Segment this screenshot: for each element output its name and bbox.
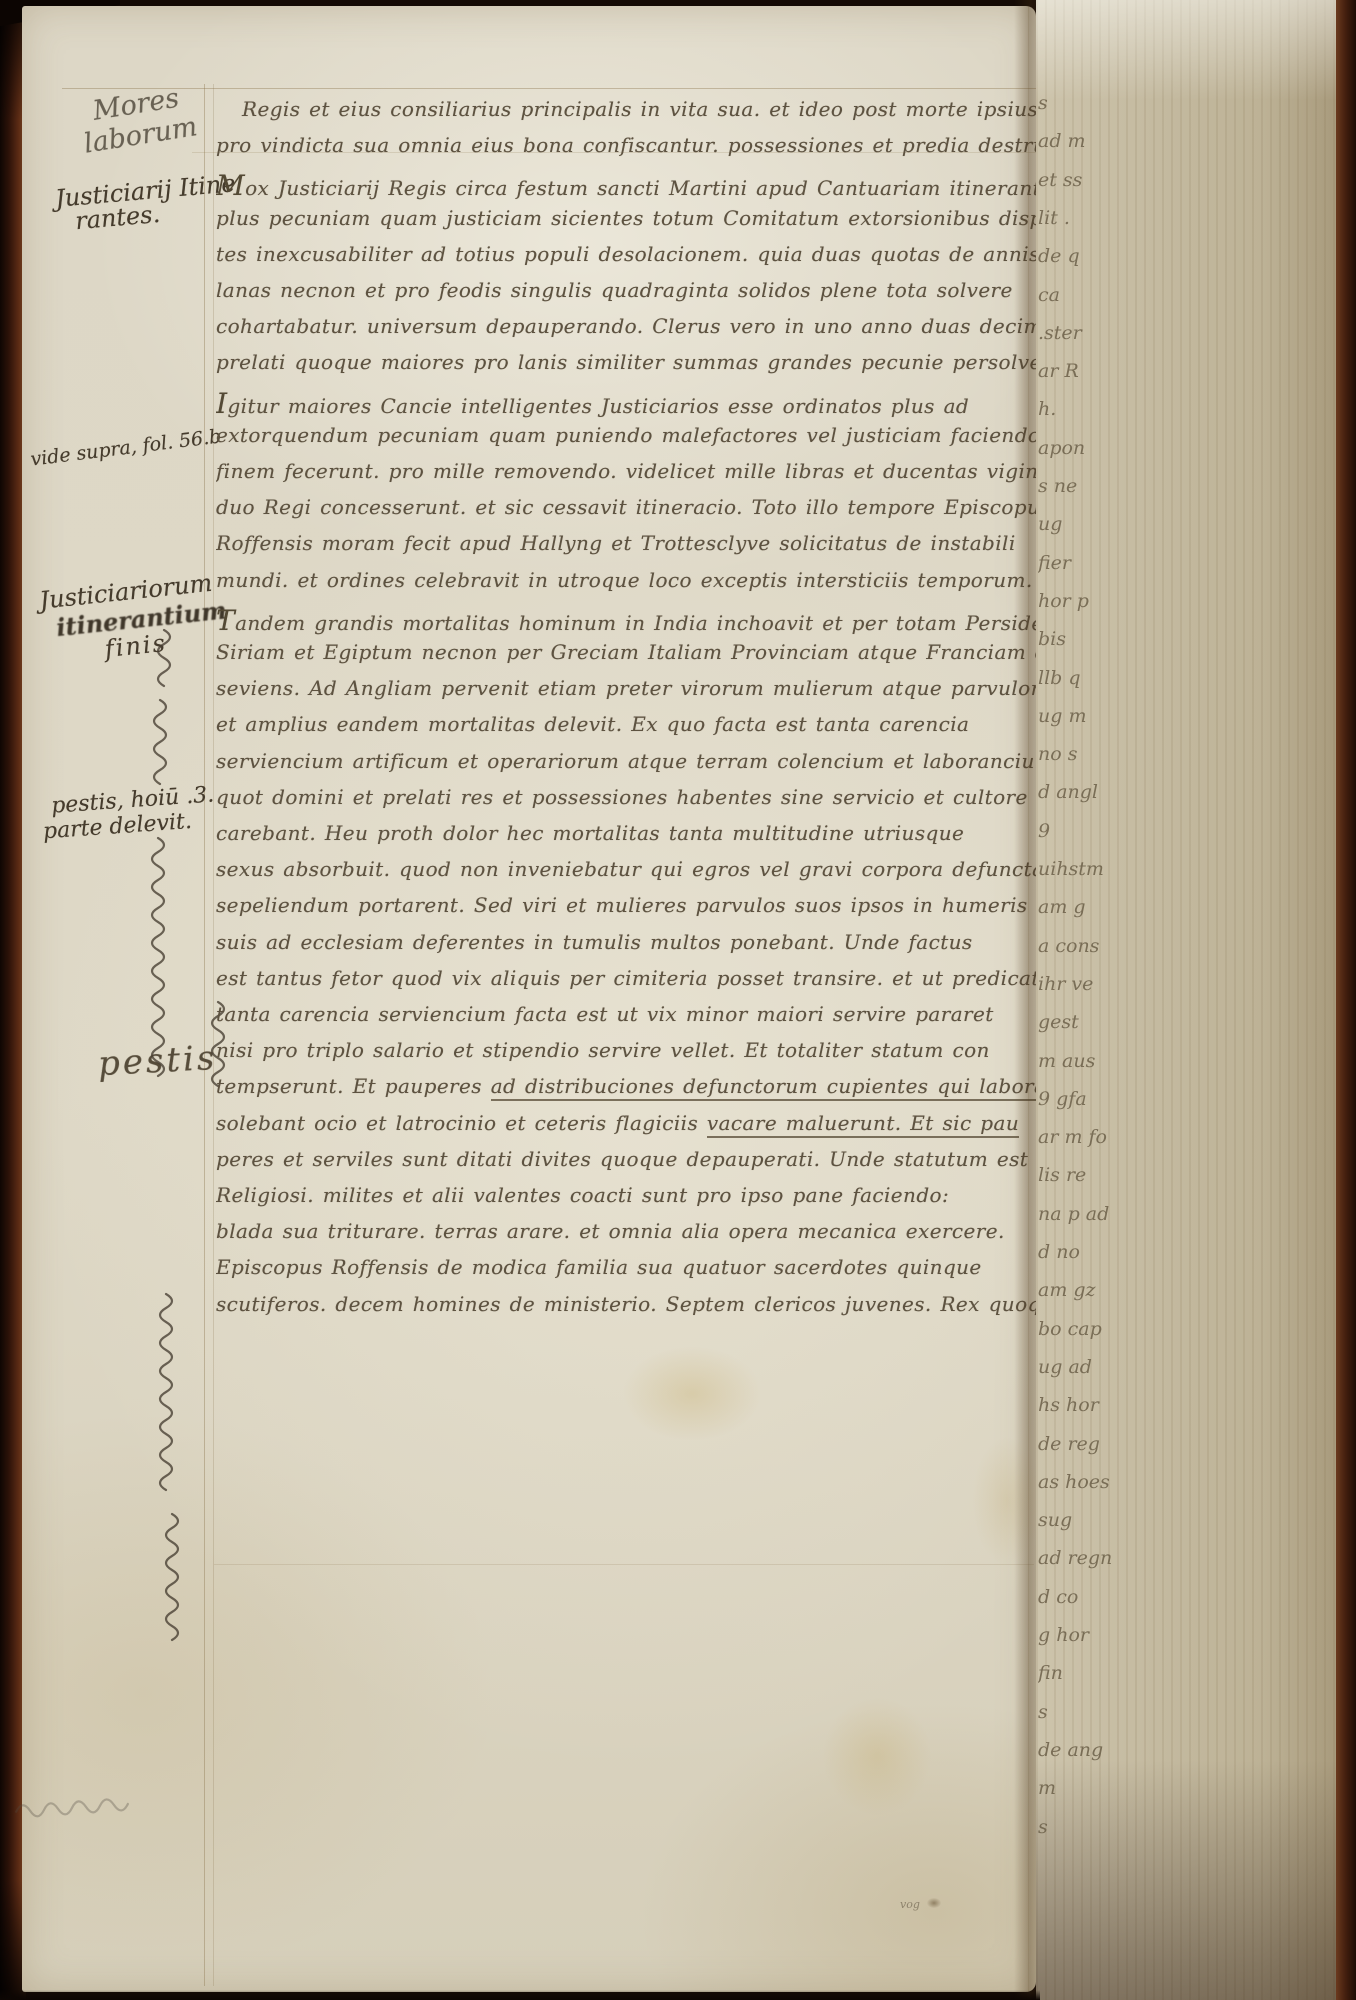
edge-text-fragment: lit . (1038, 207, 1118, 239)
margin-squiggle (146, 836, 170, 1088)
edge-text-fragment: ug (1038, 513, 1118, 545)
edge-text-fragment: g hor (1038, 1624, 1118, 1656)
edge-text-fragment: na p ad (1038, 1203, 1118, 1235)
edge-text-fragment: llb q (1038, 667, 1118, 699)
edge-text-fragment: ca (1038, 284, 1118, 316)
manuscript-text-line: Siriam et Egiptum necnon per Greciam Ita… (216, 640, 1036, 674)
edge-text-fragment: et ss (1038, 169, 1118, 201)
manuscript-text-line: carebant. Heu proth dolor hec mortalitas… (216, 821, 1036, 855)
edge-text-fragment: fin (1038, 1662, 1118, 1694)
edge-text-fragment: bo cap (1038, 1318, 1118, 1350)
edge-text-fragment: s (1038, 1816, 1118, 1848)
edge-text-fragment: m aus (1038, 1050, 1118, 1082)
edge-text-fragment: lis re (1038, 1164, 1118, 1196)
manuscript-text-line: lanas necnon et pro feodis singulis quad… (216, 278, 1036, 312)
edge-text-fragment: ar R (1038, 360, 1118, 392)
edge-text-fragment: 9 (1038, 820, 1118, 852)
manuscript-text-line: pro vindicta sua omnia eius bona confisc… (216, 133, 1036, 167)
manuscript-text-line: Tandem grandis mortalitas hominum in Ind… (216, 604, 1036, 638)
edge-text-fragment: ihr ve (1038, 973, 1118, 1005)
manuscript-text-line: plus pecuniam quam justiciam sicientes t… (216, 206, 1036, 240)
manuscript-text-line: tempserunt. Et pauperes ad distribucione… (216, 1074, 1036, 1108)
edge-text-fragment: s ne (1038, 475, 1118, 507)
edge-text-fragment: de reg (1038, 1433, 1118, 1465)
ruled-line-lower (214, 1564, 1034, 1565)
margin-squiggle (152, 628, 176, 690)
manuscript-photo: Mores laborum Justiciarij Itine rantes. … (0, 0, 1356, 2000)
edge-text-fragment: ug m (1038, 705, 1118, 737)
manuscript-text-line: est tantus fetor quod vix aliquis per ci… (216, 966, 1036, 1000)
facing-page-edge: sad met sslit .de qca.sterar Rh.apons ne… (1036, 0, 1338, 2000)
edge-text-fragment: de ang (1038, 1739, 1118, 1771)
edge-text-fragment: d angl (1038, 781, 1118, 813)
corner-mark: vog (900, 1898, 920, 1911)
manuscript-text-line: Igitur maiores Cancie intelligentes Just… (216, 387, 1036, 421)
manuscript-text-line: Religiosi. milites et alii valentes coac… (216, 1183, 1036, 1217)
manuscript-text-line: cohartabatur. universum depauperando. Cl… (216, 314, 1036, 348)
edge-text-fragment: .ster (1038, 322, 1118, 354)
facing-page-text-fragments: sad met sslit .de qca.sterar Rh.apons ne… (1038, 0, 1120, 2000)
manuscript-text-line: seviens. Ad Angliam pervenit etiam prete… (216, 676, 1036, 710)
edge-text-fragment: m (1038, 1777, 1118, 1809)
ruled-line-left-outer (204, 84, 205, 1986)
book-cover-edge-right (1336, 0, 1356, 2000)
edge-text-fragment: sug (1038, 1509, 1118, 1541)
ink-speck (927, 1898, 941, 1908)
manuscript-text-line: quot domini et prelati res et possession… (216, 785, 1036, 819)
underlined-passage: ad distribuciones defunctorum cupientes … (491, 1074, 1036, 1101)
manuscript-text-line: Mox Justiciarij Regis circa festum sanct… (216, 169, 1036, 203)
manuscript-text-line: et amplius eandem mortalitas delevit. Ex… (216, 712, 1036, 746)
edge-text-fragment: ug ad (1038, 1356, 1118, 1388)
manuscript-text-line: peres et serviles sunt ditati divites qu… (216, 1147, 1036, 1181)
manuscript-text-line: Regis et eius consiliarius principalis i… (216, 97, 1062, 131)
manuscript-text-line: finem fecerunt. pro mille removendo. vid… (216, 459, 1036, 493)
manuscript-text-line: Roffensis moram fecit apud Hallyng et Tr… (216, 531, 1036, 565)
margin-squiggle (148, 698, 172, 794)
manuscript-text-line: sexus absorbuit. quod non inveniebatur q… (216, 857, 1036, 891)
edge-text-fragment: uihstm (1038, 858, 1118, 890)
margin-squiggle (160, 1512, 184, 1642)
edge-text-fragment: fier (1038, 552, 1118, 584)
edge-text-fragment: s (1038, 1701, 1118, 1733)
manuscript-text-line: extorquendum pecuniam quam puniendo male… (216, 423, 1036, 457)
manuscript-text-line: prelati quoque maiores pro lanis similit… (216, 350, 1036, 384)
edge-text-fragment: no s (1038, 743, 1118, 775)
edge-text-fragment: bis (1038, 628, 1118, 660)
edge-text-fragment: ad m (1038, 130, 1118, 162)
manuscript-text-line: mundi. et ordines celebravit in utroque … (216, 568, 1036, 602)
main-text-block: Regis et eius consiliarius principalis i… (216, 0, 1036, 1400)
parchment-stain (822, 1696, 932, 1816)
manuscript-text-line: scutiferos. decem homines de ministerio.… (216, 1292, 1036, 1326)
edge-text-fragment: hs hor (1038, 1394, 1118, 1426)
edge-text-fragment: as hoes (1038, 1471, 1118, 1503)
edge-text-fragment: gest (1038, 1011, 1118, 1043)
edge-text-fragment: s (1038, 92, 1118, 124)
edge-text-fragment: h. (1038, 398, 1118, 430)
manuscript-text-line: sepeliendum portarent. Sed viri et mulie… (216, 893, 1036, 927)
underlined-passage: vacare maluerunt. Et sic pau (707, 1111, 1019, 1138)
edge-text-fragment: d co (1038, 1586, 1118, 1618)
manuscript-text-line: duo Regi concesserunt. et sic cessavit i… (216, 495, 1036, 529)
manuscript-text-line: Episcopus Roffensis de modica familia su… (216, 1255, 1036, 1289)
edge-text-fragment: hor p (1038, 590, 1118, 622)
edge-text-fragment: d no (1038, 1241, 1118, 1273)
manuscript-text-line: blada sua triturare. terras arare. et om… (216, 1219, 1036, 1253)
edge-text-fragment: ad regn (1038, 1547, 1118, 1579)
manuscript-text-line: solebant ocio et latrocinio et ceteris f… (216, 1111, 1036, 1145)
edge-text-fragment: am gz (1038, 1279, 1118, 1311)
edge-text-fragment: a cons (1038, 935, 1118, 967)
edge-text-fragment: apon (1038, 437, 1118, 469)
edge-text-fragment: 9 gfa (1038, 1088, 1118, 1120)
edge-text-fragment: ar m fo (1038, 1126, 1118, 1158)
margin-squiggle (154, 1292, 178, 1500)
edge-text-fragment: de q (1038, 245, 1118, 277)
manuscript-text-line: nisi pro triplo salario et stipendio ser… (216, 1038, 1036, 1072)
manuscript-text-line: tes inexcusabiliter ad totius populi des… (216, 242, 1036, 276)
bottom-shadow (0, 1990, 1040, 2000)
manuscript-text-line: suis ad ecclesiam deferentes in tumulis … (216, 930, 1036, 964)
manuscript-text-line: serviencium artificum et operariorum atq… (216, 749, 1036, 783)
manuscript-text-line: tanta carencia serviencium facta est ut … (216, 1002, 1036, 1036)
edge-text-fragment: am g (1038, 896, 1118, 928)
